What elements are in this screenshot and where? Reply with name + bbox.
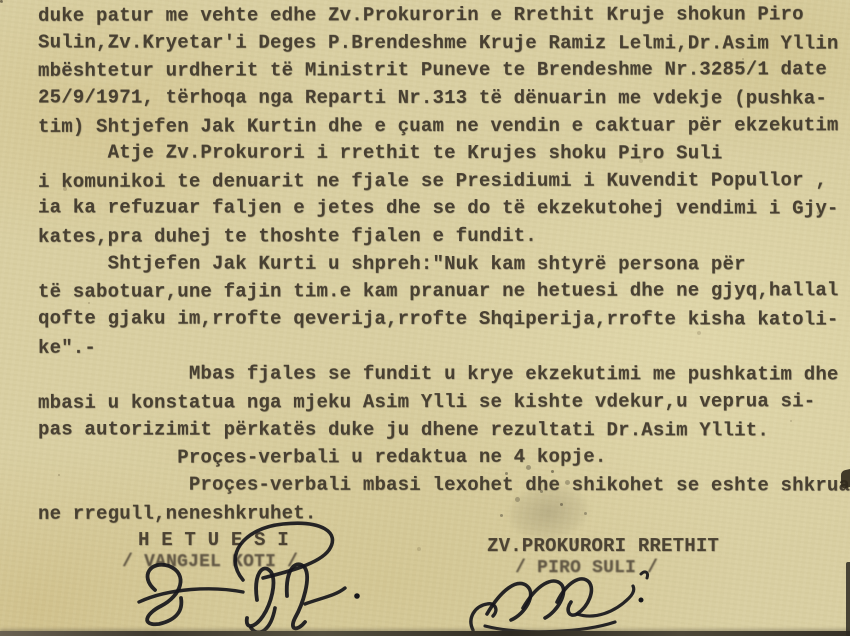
text-line: duke patur me vehte edhe Zv.Prokurorin e… <box>38 1 850 30</box>
typewritten-text: duke patur me vehte edhe Zv.Prokurorin e… <box>38 2 850 527</box>
text-line: ke".- <box>38 333 850 362</box>
text-line: i komunikoi te denuarit ne fjale se Pres… <box>38 167 850 196</box>
text-line: ne rregull,neneshkruhet. <box>38 499 850 528</box>
scan-edge-bottom <box>0 631 850 636</box>
signer-title-investigator: H E T U E S I <box>138 529 298 551</box>
scan-edge-right <box>846 562 850 636</box>
scan-edge-notch <box>841 469 850 489</box>
text-line: kates,pra duhej te thoshte fjalen e fund… <box>38 222 850 251</box>
text-line: mbasi u konstatua nga mjeku Asim Ylli se… <box>38 388 850 417</box>
signature-block-prosecutor: ZV.PROKURORI RRETHIT / PIRO SULI / <box>487 535 719 578</box>
paper-specks <box>0 0 2 2</box>
text-line: Proçes-verbali u redaktua ne 4 kopje. <box>38 443 850 472</box>
signer-title-prosecutor: ZV.PROKURORI RRETHIT <box>487 535 719 557</box>
text-line: Mbas fjales se fundit u krye ekzekutimi … <box>38 361 850 390</box>
signer-name-prosecutor: / PIRO SULI / <box>515 558 719 578</box>
text-line: qofte gjaku im,rrofte qeverija,rrofte Sh… <box>38 305 850 334</box>
text-line: të sabotuar,une fajin tim.e kam pranuar … <box>38 278 850 307</box>
text-line: Atje Zv.Prokurori i rrethit te Krujes sh… <box>38 140 850 169</box>
text-line: pas autorizimit përkatës duke ju dhene r… <box>38 416 850 445</box>
signature-block-investigator: H E T U E S I / VANGJEL KOTI / <box>138 529 298 572</box>
text-line: Sulin,Zv.Kryetar'i Deges P.Brendeshme Kr… <box>38 29 850 58</box>
document-page: duke patur me vehte edhe Zv.Prokurorin e… <box>0 0 850 636</box>
text-line: ia ka refuzuar faljen e jetes dhe se do … <box>38 195 850 224</box>
text-line: mbështetur urdherit të Ministrit Puneve … <box>38 56 850 85</box>
signer-name-investigator: / VANGJEL KOTI / <box>122 552 298 572</box>
text-line: Proçes-verbali mbasi lexohet dhe shikohe… <box>38 471 850 500</box>
text-line: 25/9/1971, tërhoqa nga Reparti Nr.313 të… <box>38 84 850 113</box>
text-line: Shtjefen Jak Kurti u shpreh:"Nuk kam sht… <box>38 250 850 279</box>
text-line: tim) Shtjefen Jak Kurtin dhe e çuam ne v… <box>38 112 850 141</box>
